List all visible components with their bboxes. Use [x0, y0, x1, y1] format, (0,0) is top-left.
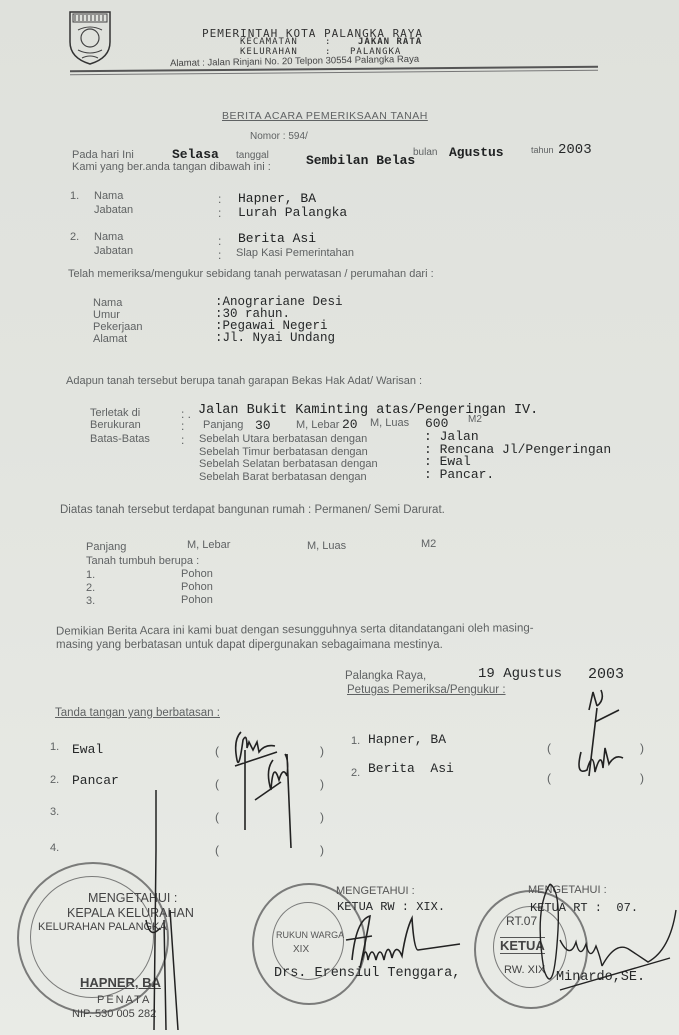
tree-numbers: 1. 2. 3.	[86, 569, 95, 608]
tumbuh-label: Tanah tumbuh berupa :	[86, 555, 199, 567]
neighbor-1-name: Ewal	[72, 742, 103, 757]
rt-signature-icon	[530, 870, 679, 1000]
signing-year: 2003	[588, 666, 624, 683]
closing-line-2: masing yang berbatasan untuk dapat diper…	[56, 639, 443, 651]
owner-alamat-label: Alamat	[93, 333, 143, 345]
signature-brackets-right: ))))	[320, 735, 324, 867]
neighbor-4-no: 4.	[50, 842, 59, 854]
panjang-label: Panjang	[203, 419, 243, 431]
examiner-signature-icon	[565, 688, 645, 783]
colon: :	[181, 433, 184, 447]
owner-nama-label: Nama	[93, 297, 143, 309]
lebar-label: M, Lebar	[296, 419, 339, 431]
owner-umur-label: Umur	[93, 309, 143, 321]
official-1-jabatan-label: Jabatan	[94, 204, 133, 216]
owner-address: Jl. Nyai Undang	[223, 331, 336, 345]
year-value: 2003	[558, 142, 592, 158]
colon: :	[181, 419, 184, 433]
border-north-label: Sebelah Utara berbatasan dengan	[199, 433, 378, 446]
official-2-position: Slap Kasi Pemerintahan	[236, 247, 354, 259]
kecamatan-label: KECAMATAN	[240, 37, 298, 47]
building-lebar-label: M, Lebar	[187, 539, 230, 551]
tree-2-label: Pohon	[181, 581, 213, 594]
tree-labels: Pohon Pohon Pohon	[181, 568, 213, 607]
official-2-no: 2.	[70, 231, 79, 243]
border-west-value: Pancar.	[440, 467, 495, 482]
owner-pekerjaan-label: Pekerjaan	[93, 321, 143, 333]
border-labels: Sebelah Utara berbatasan dengan Sebelah …	[199, 433, 378, 483]
owner-values: :Anograriane Desi :30 rahun. :Pegawai Ne…	[215, 296, 343, 344]
date-value: Sembilan Belas	[306, 153, 415, 168]
berukuran-label: Berukuran	[90, 419, 141, 431]
border-values: : Jalan : Rencana Jl/Pengeringan : Ewal …	[424, 431, 611, 481]
document-number: Nomor : 594/	[250, 131, 308, 142]
closing-line-1: Demikian Berita Acara ini kami buat deng…	[56, 622, 534, 637]
examiner-label: Petugas Pemeriksa/Pengukur :	[347, 684, 506, 696]
colon: :	[218, 206, 221, 220]
signature-brackets-left: ((((	[215, 735, 219, 867]
undersigned-text: Kami yang ber.anda tangan dibawah ini :	[72, 161, 271, 173]
land-width: 20	[342, 417, 358, 432]
city-emblem-icon	[68, 8, 112, 66]
examiner-brackets-left: ((	[547, 733, 551, 793]
luas-label: M, Luas	[370, 417, 409, 429]
month-value: Agustus	[449, 145, 504, 160]
colon: :	[218, 248, 221, 262]
tree-3-label: Pohon	[181, 594, 213, 607]
examiner-2-name: Berita Asi	[368, 761, 454, 776]
tahun-label: tahun	[531, 145, 554, 155]
place-label: Palangka Raya,	[345, 670, 426, 682]
day-value: Selasa	[172, 147, 219, 162]
document-title: BERITA ACARA PEMERIKSAAN TANAH	[222, 110, 428, 122]
land-intro: Adapun tanah tersebut berupa tanah garap…	[66, 375, 422, 387]
land-location: Jalan Bukit Kaminting atas/Pengeringan I…	[198, 403, 538, 418]
border-west-label: Sebelah Barat berbatasan dengan	[199, 471, 378, 484]
building-intro: Diatas tanah tersebut terdapat bangunan …	[60, 504, 445, 516]
neighbor-3-no: 3.	[50, 806, 59, 818]
tree-3-no: 3.	[86, 595, 95, 608]
examiner-1-name: Hapner, BA	[368, 732, 446, 747]
examiner-1-no: 1.	[351, 735, 360, 747]
examiner-2-no: 2.	[351, 767, 360, 779]
building-luas-label: M, Luas	[307, 540, 346, 552]
building-unit: M2	[421, 538, 436, 550]
kepala-signature-icon	[140, 790, 200, 1035]
official-2-nama-label: Nama	[94, 231, 123, 243]
official-1-name: Hapner, BA	[238, 191, 316, 206]
border-south-label: Sebelah Selatan berbatasan dengan	[199, 458, 378, 471]
neighbor-2-name: Pancar	[72, 773, 119, 788]
tree-2-no: 2.	[86, 582, 95, 595]
neighbor-signature-icon	[225, 730, 305, 860]
signing-date: 19 Agustus	[478, 666, 562, 682]
kecamatan-sep: :	[325, 37, 331, 47]
terletak-label: Terletak di	[90, 407, 140, 419]
colon: :	[218, 192, 221, 206]
kecamatan-value: JAKAN RATA	[358, 37, 422, 47]
border-east-label: Sebelah Timur berbatasan dengan	[199, 446, 378, 459]
neighbors-label: Tanda tangan yang berbatasan :	[55, 707, 220, 719]
colon: :	[218, 234, 221, 248]
land-length: 30	[255, 418, 271, 433]
owner-labels: Nama Umur Pekerjaan Alamat	[93, 297, 143, 345]
official-1-nama-label: Nama	[94, 190, 123, 202]
examined-intro: Telah memeriksa/mengukur sebidang tanah …	[68, 268, 434, 280]
neighbor-1-no: 1.	[50, 741, 59, 753]
approval-2-heading: MENGETAHUI :	[336, 885, 415, 897]
tree-1-label: Pohon	[181, 568, 213, 581]
rw-signature-icon	[342, 910, 462, 975]
neighbor-2-no: 2.	[50, 774, 59, 786]
tanggal-label: tanggal	[236, 150, 269, 161]
official-1-no: 1.	[70, 190, 79, 202]
official-2-name: Berita Asi	[238, 231, 316, 246]
building-panjang-label: Panjang	[86, 541, 126, 553]
rw-stamp-center: RUKUN WARGA	[276, 930, 344, 940]
rw-stamp-number: XIX	[293, 944, 309, 955]
land-unit: M2	[468, 414, 482, 425]
batas-label: Batas-Batas	[90, 433, 150, 445]
official-1-position: Lurah Palangka	[238, 205, 347, 220]
bulan-label: bulan	[413, 147, 437, 158]
tree-1-no: 1.	[86, 569, 95, 582]
document-page: PEMERINTAH KOTA PALANGKA RAYA KECAMATAN …	[0, 0, 679, 1035]
official-2-jabatan-label: Jabatan	[94, 245, 133, 257]
pada-hari-label: Pada hari Ini	[72, 149, 134, 161]
